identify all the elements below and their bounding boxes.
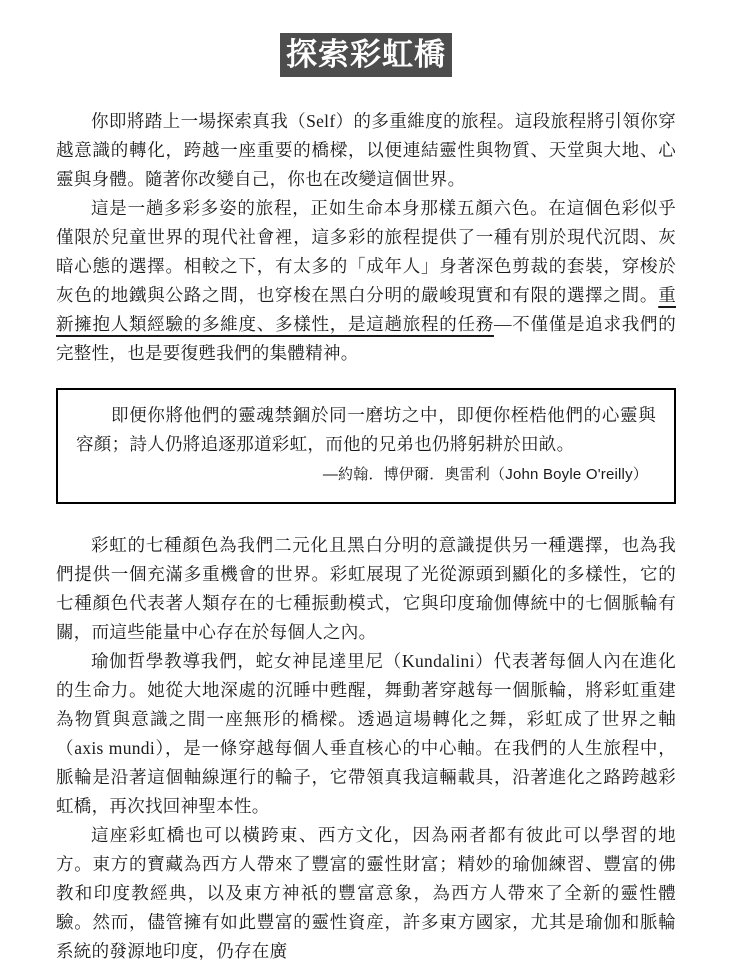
- paragraph-intro: 你即將踏上一場探索真我（Self）的多重維度的旅程。這段旅程將引領你穿越意識的轉…: [56, 107, 676, 194]
- quote-text: 即便你將他們的靈魂禁錮於同一磨坊之中，即便你桎梏他們的心靈與容顏；詩人仍將追逐那…: [76, 401, 656, 459]
- quote-attribution: —約翰．博伊爾．奧雷利（John Boyle O'reilly）: [76, 463, 648, 484]
- title-block: 探索彩虹橋: [56, 33, 676, 77]
- paragraph-kundalini: 瑜伽哲學教導我們，蛇女神昆達里尼（Kundalini）代表著每個人內在進化的生命…: [56, 647, 676, 821]
- page-title: 探索彩虹橋: [280, 33, 452, 77]
- paragraph-colorful-journey-text: 這是一趟多彩多姿的旅程，正如生命本身那樣五顏六色。在這個色彩似乎僅限於兒童世界的…: [56, 198, 676, 305]
- document-page: 探索彩虹橋 你即將踏上一場探索真我（Self）的多重維度的旅程。這段旅程將引領你…: [0, 0, 732, 960]
- paragraph-seven-colors: 彩虹的七種顏色為我們二元化且黑白分明的意識提供另一種選擇，也為我們提供一個充滿多…: [56, 531, 676, 647]
- quote-box: 即便你將他們的靈魂禁錮於同一磨坊之中，即便你桎梏他們的心靈與容顏；詩人仍將追逐那…: [56, 388, 676, 504]
- paragraph-colorful-journey: 這是一趟多彩多姿的旅程，正如生命本身那樣五顏六色。在這個色彩似乎僅限於兒童世界的…: [56, 194, 676, 368]
- paragraph-east-west: 這座彩虹橋也可以橫跨東、西方文化，因為兩者都有彼此可以學習的地方。東方的寶藏為西…: [56, 821, 676, 960]
